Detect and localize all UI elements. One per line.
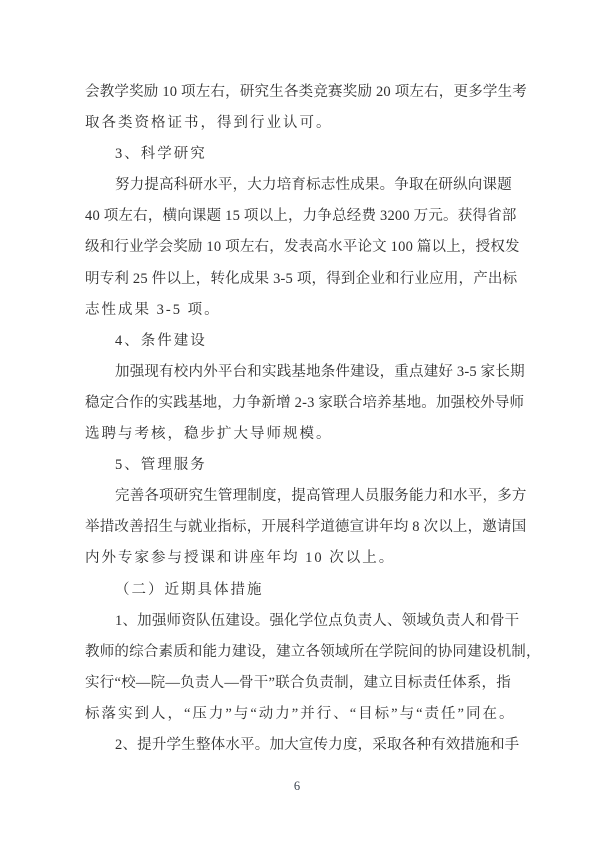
text-line: 内外专家参与授课和讲座年均 10 次以上。 [85, 543, 511, 574]
text-line: （二）近期具体措施 [85, 575, 511, 606]
text-line: 明专利 25 件以上，转化成果 3-5 项，得到企业和行业应用，产出标 [85, 264, 511, 295]
text-line: 取各类资格证书，得到行业认可。 [85, 108, 511, 139]
text-line: 选聘与考核，稳步扩大导师规模。 [85, 419, 511, 450]
text-line: 加强现有校内外平台和实践基地条件建设，重点建好 3-5 家长期 [85, 357, 511, 388]
text-line: 5、管理服务 [85, 450, 511, 481]
page-number: 6 [0, 779, 594, 794]
text-line: 标落实到人，“压力”与“动力”并行、“目标”与“责任”同在。 [85, 699, 511, 730]
text-line: 教师的综合素质和能力建设，建立各领域所在学院间的协同建设机制， [85, 637, 511, 668]
text-line: 4、条件建设 [85, 326, 511, 357]
text-line: 完善各项研究生管理制度，提高管理人员服务能力和水平，多方 [85, 481, 511, 512]
text-line: 努力提高科研水平，大力培育标志性成果。争取在研纵向课题 [85, 170, 511, 201]
text-line: 3、科学研究 [85, 139, 511, 170]
document-page: 会教学奖励 10 项左右，研究生各类竞赛奖励 20 项左右，更多学生考取各类资格… [0, 0, 594, 841]
text-line: 稳定合作的实践基地，力争新增 2-3 家联合培养基地。加强校外导师 [85, 388, 511, 419]
document-body: 会教学奖励 10 项左右，研究生各类竞赛奖励 20 项左右，更多学生考取各类资格… [85, 77, 511, 761]
text-line: 级和行业学会奖励 10 项左右，发表高水平论文 100 篇以上，授权发 [85, 232, 511, 263]
text-line: 志性成果 3-5 项。 [85, 295, 511, 326]
text-line: 会教学奖励 10 项左右，研究生各类竞赛奖励 20 项左右，更多学生考 [85, 77, 511, 108]
text-line: 2、提升学生整体水平。加大宣传力度，采取各种有效措施和手 [85, 730, 511, 761]
text-line: 1、加强师资队伍建设。强化学位点负责人、领域负责人和骨干 [85, 606, 511, 637]
text-line: 40 项左右，横向课题 15 项以上，力争总经费 3200 万元。获得省部 [85, 201, 511, 232]
text-line: 举措改善招生与就业指标，开展科学道德宣讲年均 8 次以上，邀请国 [85, 512, 511, 543]
text-line: 实行“校—院—负责人—骨干”联合负责制，建立目标责任体系，指 [85, 668, 511, 699]
